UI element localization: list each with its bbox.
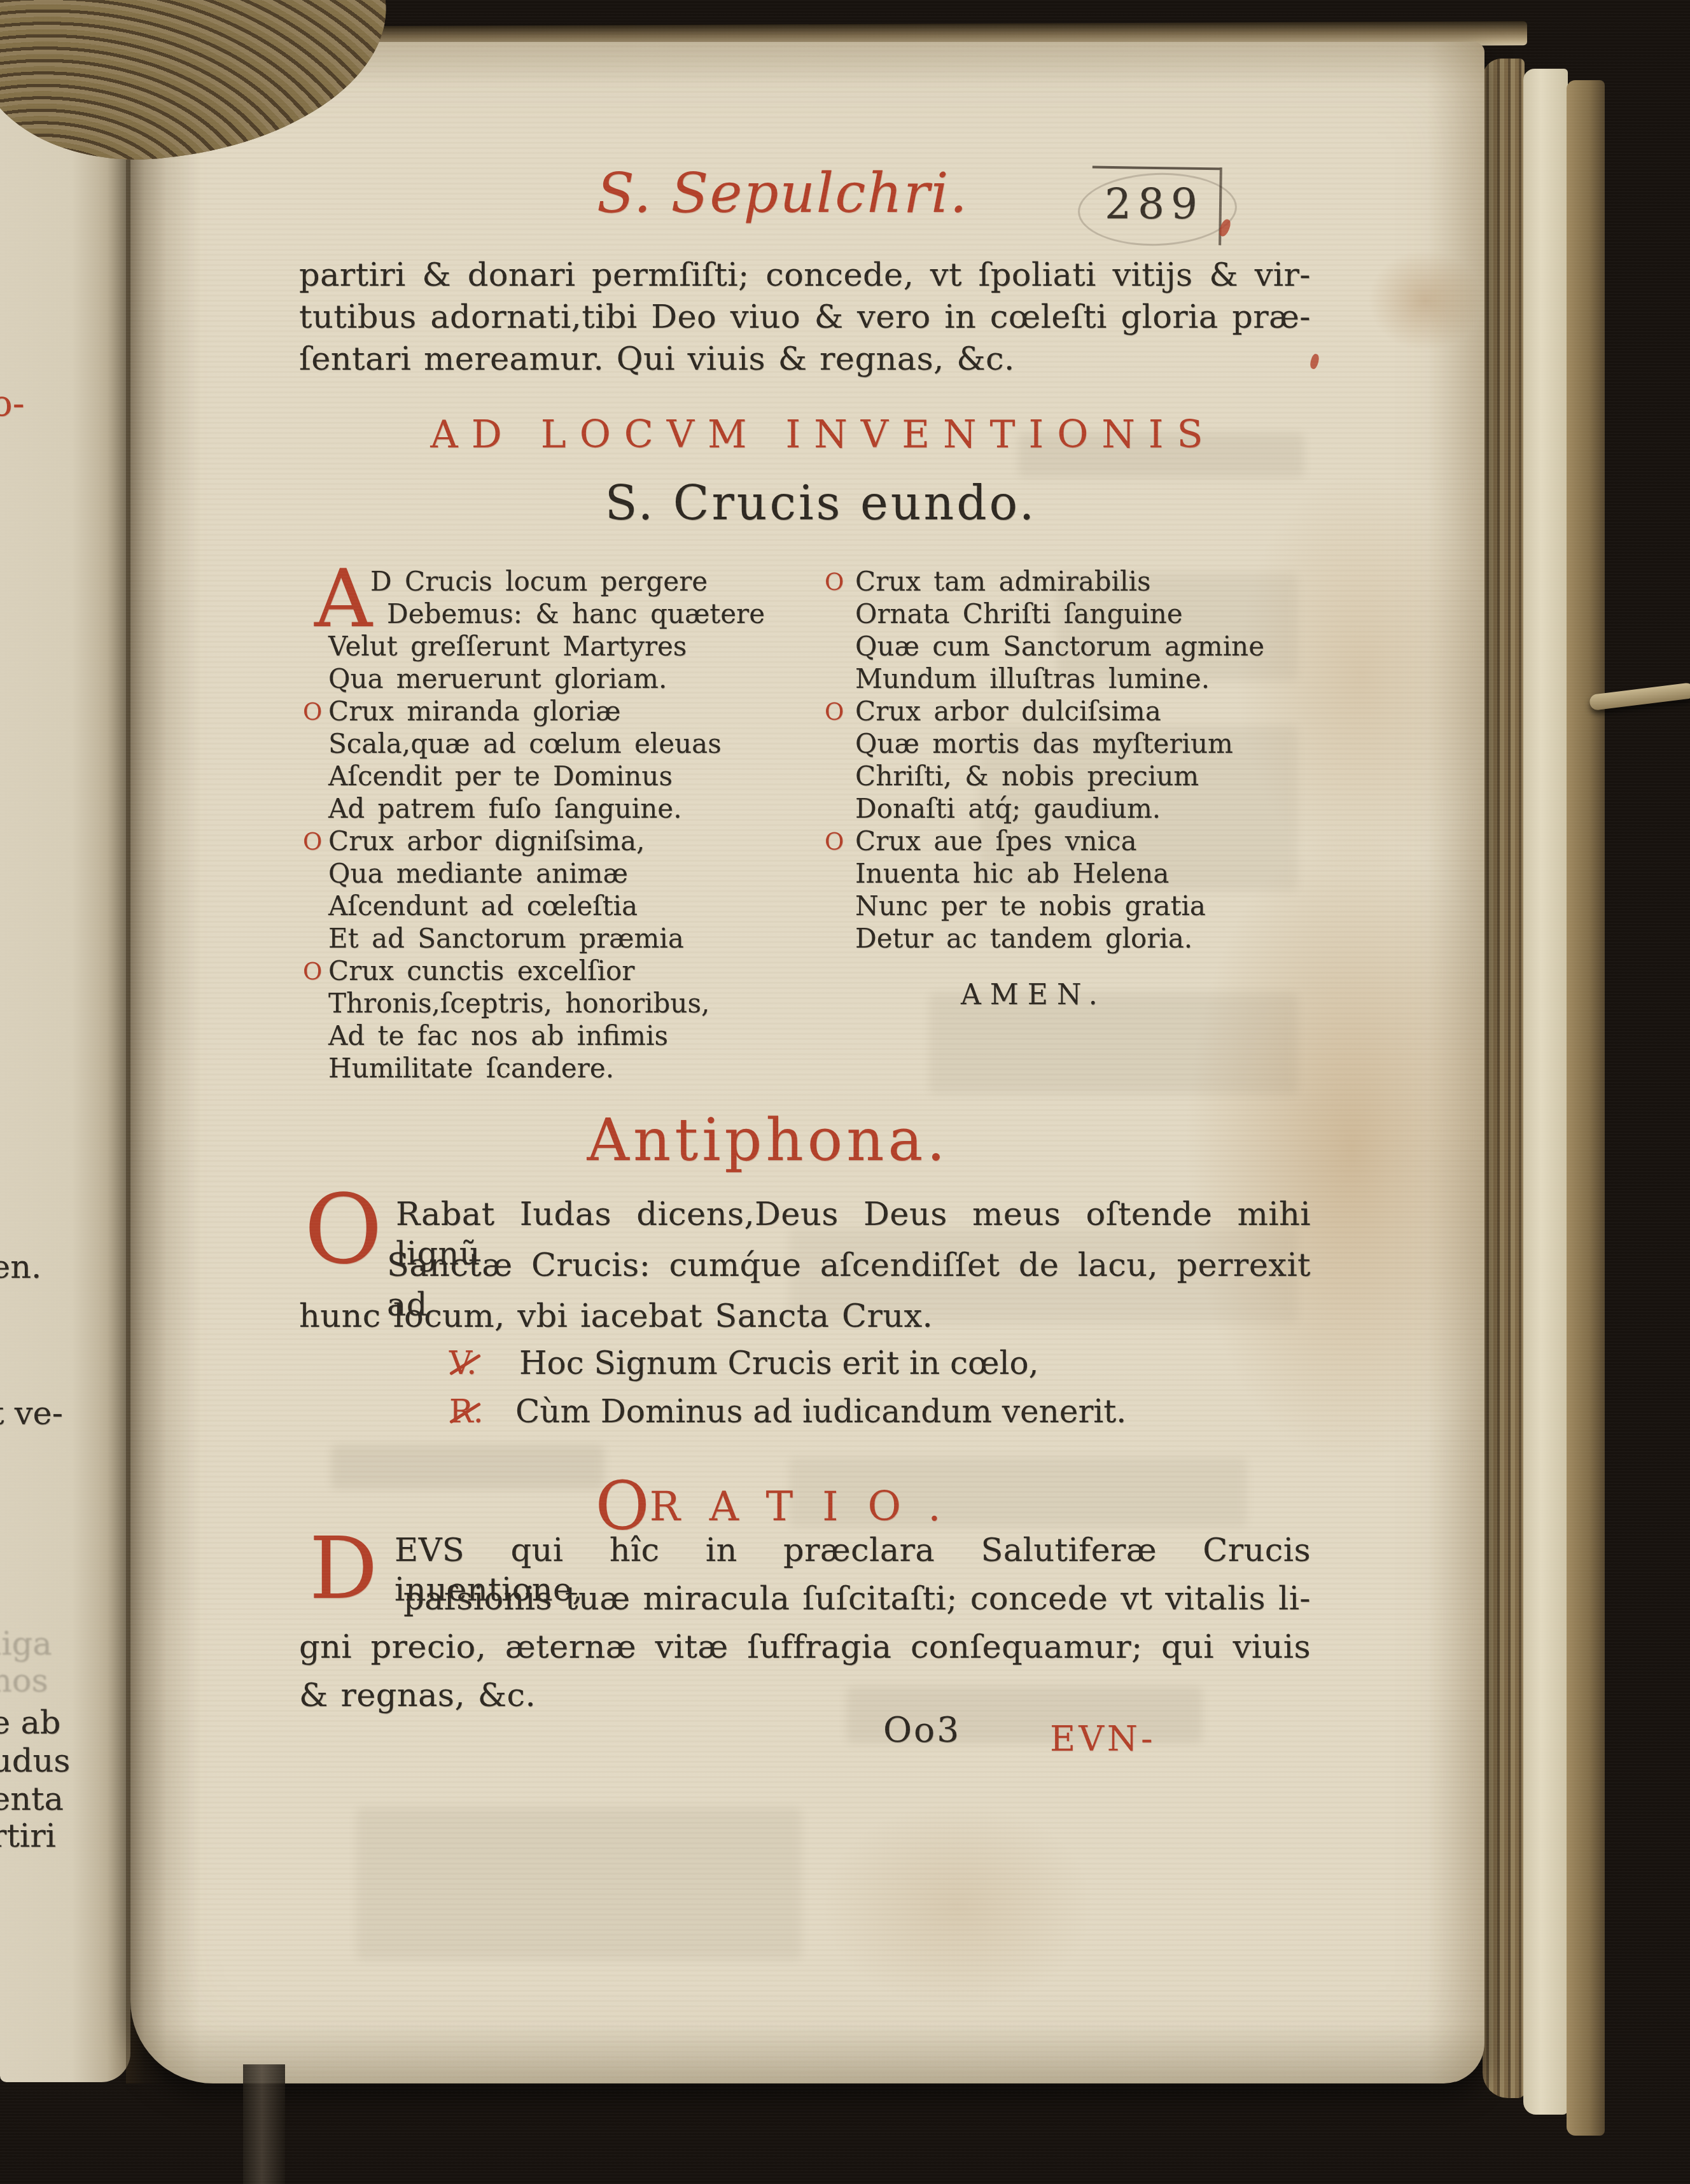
hymn-line: Ad te fac nos ab infimis — [303, 1019, 786, 1052]
margin-fragment: o- — [0, 383, 25, 424]
margin-fragment: nos — [0, 1662, 48, 1700]
margin-fragment: e ab — [0, 1704, 60, 1742]
hymn-left-column: D Crucis locum pergere Debemus: & hanc q… — [303, 565, 786, 1084]
hymn-line: Aſcendit per te Dominus — [303, 760, 786, 792]
hymn-line: Scala,quæ ad cœlum eleuas — [303, 727, 786, 760]
book-photo: o- en. t ve- liga nos e ab udus enta rti… — [0, 0, 1690, 2184]
stanza-marker: O — [303, 960, 322, 983]
oratio-heading-rest: RATIO. — [650, 1483, 970, 1530]
hymn-line: Quæ cum Sanctorum agmine — [825, 630, 1308, 662]
oratio-line: gni precio, æternæ vitæ ſuffragia conſeq… — [299, 1628, 1311, 1667]
hymn-right-column: OCrux tam admirabilis Ornata Chriſti ſan… — [825, 565, 1308, 955]
hymn-line: Nunc per te nobis gratia — [825, 890, 1308, 922]
intro-line: tutibus adornati,tibi Deo viuo & vero in… — [299, 298, 1311, 337]
hymn-line: Qua mediante animæ — [303, 857, 786, 890]
intro-line: partiri & donari permſiſti; concede, vt … — [299, 256, 1311, 295]
versicle-mark: V. — [449, 1344, 477, 1382]
headband — [0, 0, 395, 171]
fore-edge-pages — [1483, 59, 1525, 2098]
stanza-marker: O — [825, 830, 844, 853]
facing-page-edge: o- en. t ve- liga nos e ab udus enta rti… — [0, 95, 130, 2082]
margin-fragment: rtiri — [0, 1817, 56, 1855]
intro-line: ſentari mereamur. Qui viuis & regnas, &c… — [299, 340, 1311, 379]
hymn-line: Inuenta hic ab Helena — [825, 857, 1308, 890]
drop-cap: O — [304, 1182, 382, 1278]
signature-mark: Oo3 — [883, 1709, 961, 1750]
margin-fragment: liga — [0, 1625, 52, 1663]
margin-fragment: udus — [0, 1742, 71, 1780]
margin-fragment: en. — [0, 1249, 41, 1286]
response-text: Cùm Dominus ad iudicandum venerit. — [515, 1392, 1126, 1431]
drop-cap: D — [309, 1526, 377, 1611]
hymn-line: Quæ mortis das myſterium — [825, 727, 1308, 760]
hymn-line: Donaſti atq́; gaudium. — [825, 792, 1308, 825]
hymn-line: Debemus: & hanc quætere — [303, 598, 786, 630]
hymn-line: Detur ac tandem gloria. — [825, 922, 1308, 955]
response-mark: R. — [449, 1392, 484, 1431]
hymn-line: OCrux miranda gloriæ — [303, 695, 786, 727]
page-number: 289 — [1105, 179, 1204, 228]
amen: AMEN. — [961, 979, 1107, 1011]
hymn-line: OCrux cunctis excelſior — [303, 955, 786, 987]
hymn-line: D Crucis locum pergere — [303, 565, 786, 598]
hymn-line: OCrux aue ſpes vnica — [825, 825, 1308, 857]
hymn-line: Ornata Chriſti ſanguine — [825, 598, 1308, 630]
oratio-line: & regnas, &c. — [299, 1676, 1311, 1716]
oratio-line: paſsionis tuæ miracula ſuſcitaſti; conce… — [403, 1579, 1311, 1619]
section-heading-black: S. Crucis eundo. — [592, 476, 1050, 531]
stanza-marker: O — [825, 570, 844, 594]
stanza-marker: O — [303, 830, 322, 853]
hymn-line: OCrux arbor dulciſsima — [825, 695, 1308, 727]
cloth-sliver — [243, 2064, 285, 2184]
hymn-line: Qua meruerunt gloriam. — [303, 662, 786, 695]
fore-edge-leaf — [1523, 69, 1568, 2115]
catchword: EVN- — [1050, 1718, 1156, 1759]
versicle-text: Hoc Signum Crucis erit in cœlo, — [519, 1344, 1038, 1382]
running-title: S. Sepulchri. — [573, 162, 993, 225]
hymn-line: Velut greſſerunt Martyres — [303, 630, 786, 662]
margin-fragment: t ve- — [0, 1395, 63, 1432]
show-through — [356, 1807, 802, 1960]
gutter-crease — [126, 42, 167, 2083]
hymn-line: Et ad Sanctorum præmia — [303, 922, 786, 955]
margin-fragment: enta — [0, 1781, 64, 1818]
section-heading-red: AD LOCVM INVENTIONIS — [410, 412, 1237, 457]
hymn-line: Humilitate ſcandere. — [303, 1052, 786, 1084]
cover-edge — [1567, 80, 1605, 2136]
hymn-line: Mundum illuſtras lumine. — [825, 662, 1308, 695]
antiphona-heading: Antiphona. — [571, 1106, 965, 1174]
hymn-line: Chriſti, & nobis precium — [825, 760, 1308, 792]
stanza-marker: O — [825, 700, 844, 724]
hymn-line: Aſcendunt ad cœleſtia — [303, 890, 786, 922]
hymn-line: Ad patrem fuſo ſanguine. — [303, 792, 786, 825]
hymn-line: OCrux arbor digniſsima, — [303, 825, 786, 857]
hymn-line: OCrux tam admirabilis — [825, 565, 1308, 598]
hymn-line: Thronis,ſceptris, honoribus, — [303, 987, 786, 1019]
antiphona-line: hunc locum, vbi iacebat Sancta Crux. — [299, 1297, 1311, 1336]
stanza-marker: O — [303, 700, 322, 724]
